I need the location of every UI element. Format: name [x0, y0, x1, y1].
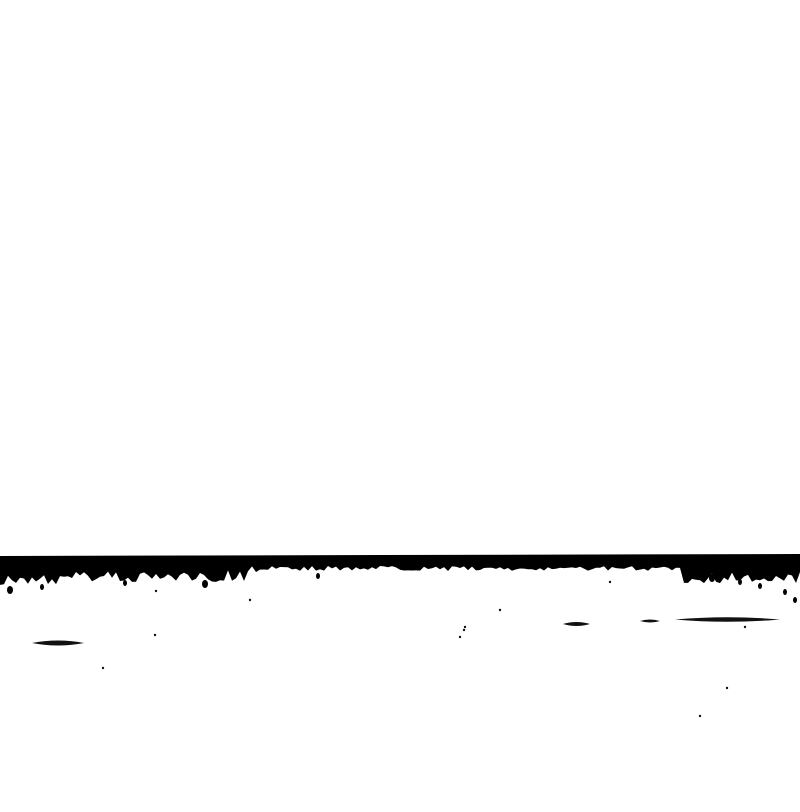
horizon-landscape — [0, 0, 800, 812]
sky — [0, 0, 800, 812]
